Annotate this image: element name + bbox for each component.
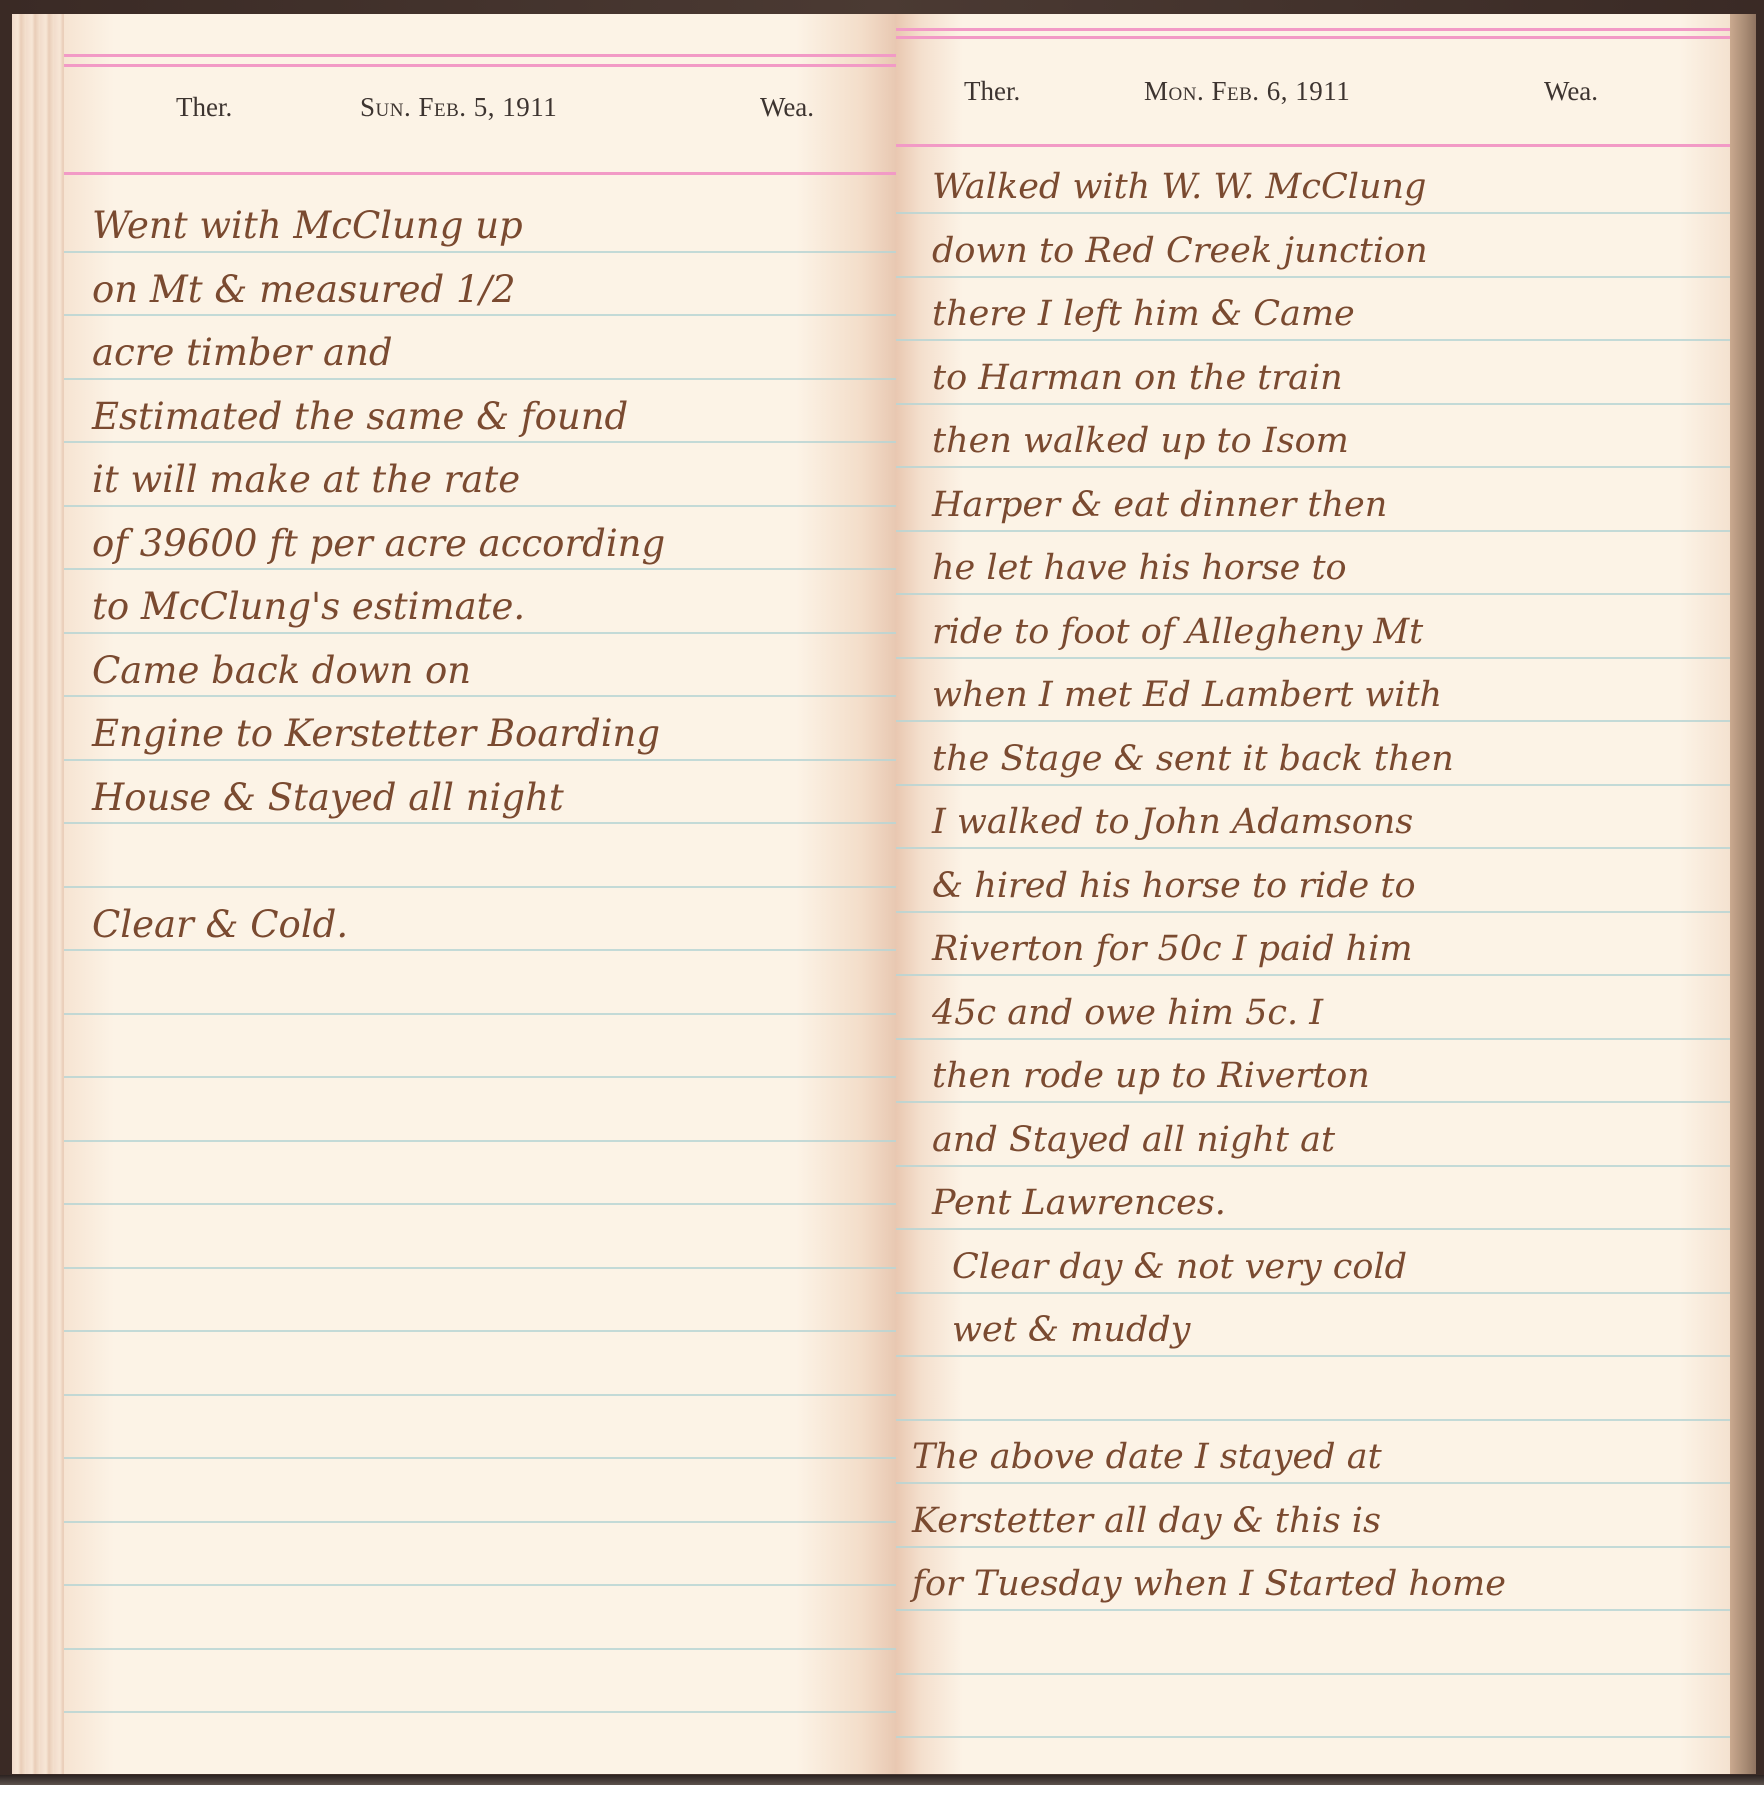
entry-line — [92, 829, 896, 893]
postscript-line: for Tuesday when I Started home — [912, 1553, 1730, 1617]
entry-line: Engine to Kerstetter Boarding — [92, 702, 896, 766]
ruled-line — [64, 1203, 896, 1205]
entry-line: when I met Ed Lambert with — [932, 664, 1730, 728]
entry-line — [932, 1363, 1730, 1427]
entry-line: to McClung's estimate. — [92, 575, 896, 639]
postscript-line: Kerstetter all day & this is — [912, 1490, 1730, 1554]
handwritten-entry: Walked with W. W. McClung down to Red Cr… — [896, 156, 1730, 1617]
ruled-line — [64, 1076, 896, 1078]
page-header: Ther. Mon. Feb. 6, 1911 Wea. — [896, 76, 1730, 116]
weather-note: Clear day & not very cold — [932, 1236, 1730, 1300]
entry-line: Pent Lawrences. — [932, 1172, 1730, 1236]
entry-line: down to Red Creek junction — [932, 220, 1730, 284]
entry-line: it will make at the rate — [92, 448, 896, 512]
ruled-line — [896, 1673, 1730, 1675]
page-stack-edge — [1730, 14, 1756, 1774]
thermometer-label: Ther. — [964, 76, 1020, 107]
header-rule — [896, 28, 1730, 31]
entry-line: Harper & eat dinner then — [932, 474, 1730, 538]
weather-label: Wea. — [760, 92, 814, 123]
entry-line: there I left him & Came — [932, 283, 1730, 347]
thermometer-label: Ther. — [176, 92, 232, 123]
ruled-line — [64, 1013, 896, 1015]
entry-line: Came back down on — [92, 639, 896, 703]
entry-line: 45c and owe him 5c. I — [932, 982, 1730, 1046]
header-rule — [64, 64, 896, 67]
page-date: Sun. Feb. 5, 1911 — [360, 92, 557, 123]
ruled-line — [64, 1584, 896, 1586]
weather-note: wet & muddy — [932, 1299, 1730, 1363]
ruled-line — [64, 1457, 896, 1459]
header-rule — [64, 54, 896, 57]
left-page: Ther. Sun. Feb. 5, 1911 Wea. Went with M… — [64, 14, 896, 1774]
page-date: Mon. Feb. 6, 1911 — [1144, 76, 1350, 107]
header-rule — [896, 144, 1730, 147]
postscript-line: The above date I stayed at — [912, 1426, 1730, 1490]
book-bottom-edge — [0, 1775, 1764, 1785]
entry-line: Riverton for 50c I paid him — [932, 918, 1730, 982]
entry-line: of 39600 ft per acre according — [92, 512, 896, 576]
entry-line: he let have his horse to — [932, 537, 1730, 601]
entry-line: Went with McClung up — [92, 194, 896, 258]
weather-label: Wea. — [1544, 76, 1598, 107]
entry-line: to Harman on the train — [932, 347, 1730, 411]
entry-line: I walked to John Adamsons — [932, 791, 1730, 855]
ruled-line — [64, 1394, 896, 1396]
entry-line: acre timber and — [92, 321, 896, 385]
entry-line: House & Stayed all night — [92, 766, 896, 830]
page-header: Ther. Sun. Feb. 5, 1911 Wea. — [64, 92, 896, 132]
ruled-line — [64, 1648, 896, 1650]
ruled-line — [64, 1267, 896, 1269]
header-rule — [896, 36, 1730, 39]
entry-line: and Stayed all night at — [932, 1109, 1730, 1173]
entry-line: then walked up to Isom — [932, 410, 1730, 474]
ruled-line — [64, 1521, 896, 1523]
entry-line: Walked with W. W. McClung — [932, 156, 1730, 220]
entry-line: then rode up to Riverton — [932, 1045, 1730, 1109]
entry-line: on Mt & measured 1/2 — [92, 258, 896, 322]
entry-line: & hired his horse to ride to — [932, 855, 1730, 919]
handwritten-entry: Went with McClung up on Mt & measured 1/… — [64, 194, 896, 956]
right-page: Ther. Mon. Feb. 6, 1911 Wea. Walked with… — [896, 14, 1730, 1774]
ruled-line — [64, 1140, 896, 1142]
header-rule — [64, 172, 896, 175]
entry-line: the Stage & sent it back then — [932, 728, 1730, 792]
entry-line: ride to foot of Allegheny Mt — [932, 601, 1730, 665]
page-stack-edge — [12, 14, 68, 1774]
entry-line: Estimated the same & found — [92, 385, 896, 449]
ruled-line — [64, 1711, 896, 1713]
weather-note: Clear & Cold. — [92, 893, 896, 957]
ruled-line — [64, 1330, 896, 1332]
ruled-line — [896, 1736, 1730, 1738]
